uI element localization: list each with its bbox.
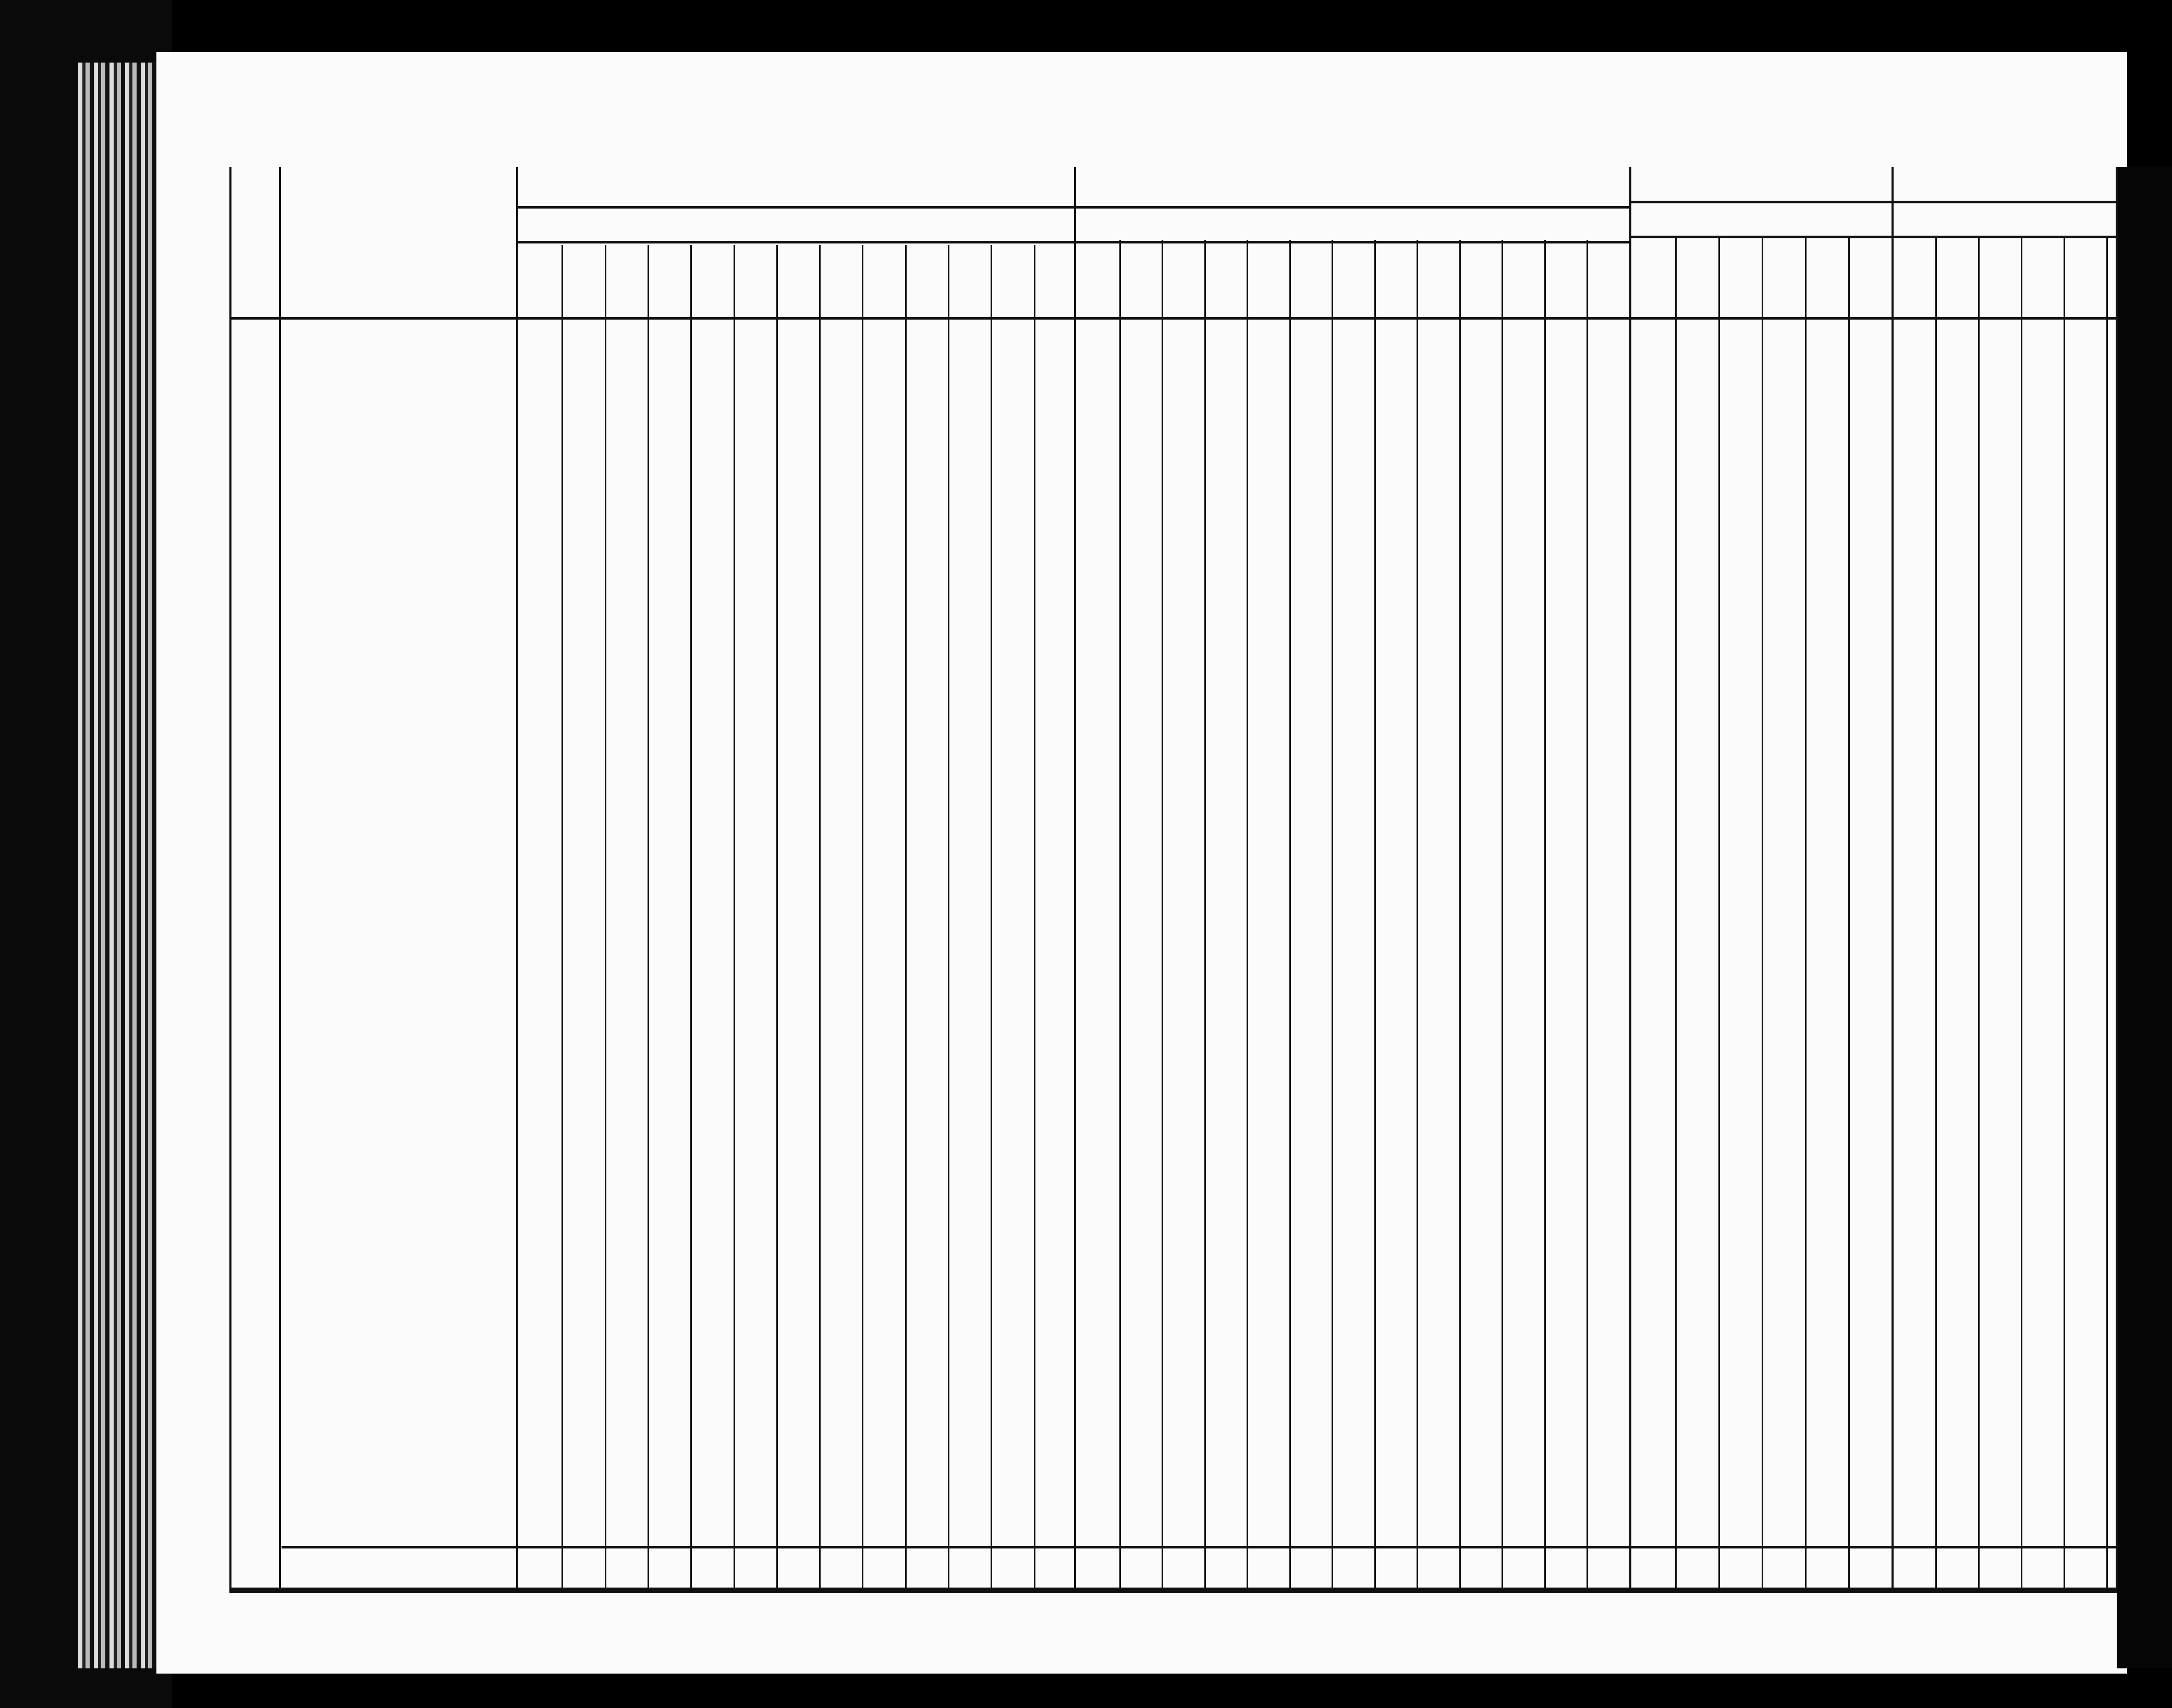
male-col-divider [948,245,949,1588]
township-name [237,365,279,782]
female-col-divider [1417,240,1418,1588]
colored-male-col-divider [1848,237,1850,1588]
totals-rule [282,1546,2117,1548]
female-col-divider [1289,240,1291,1588]
male-col-divider [776,245,778,1588]
colored-female-col-divider [1935,237,1937,1588]
female-col-divider [1247,240,1248,1588]
male-col-divider [862,245,863,1588]
male-col-divider [1034,245,1035,1588]
female-col-divider [1204,240,1206,1588]
colored-male-col-divider [1718,237,1720,1588]
table-bottom-rule [229,1588,2117,1593]
male-col-divider [605,245,606,1588]
location-column-header [234,175,278,331]
column-divider [229,167,231,1588]
male-col-divider [991,245,992,1588]
right-binding-shadow [2117,167,2172,1668]
male-col-divider [905,245,907,1588]
header-rule [516,206,1629,209]
header-rule [516,241,1629,243]
male-col-divider [734,245,735,1588]
header-bottom-rule [229,317,2117,320]
male-col-divider [562,245,563,1588]
column-divider [516,167,518,1588]
colored-male-col-divider [1805,237,1807,1588]
header-rule [1629,201,2117,203]
colored-female-col-divider [2064,237,2065,1588]
female-col-divider [1119,240,1121,1588]
female-col-divider [1502,240,1503,1588]
male-col-divider [648,245,649,1588]
colored-female-col-divider [2021,237,2022,1588]
header-rule [1629,236,2117,238]
female-col-divider [1587,240,1588,1588]
colored-male-col-divider [1762,237,1763,1588]
colored-female-col-divider [1978,237,1980,1588]
column-divider [279,167,281,1588]
column-divider [2116,167,2118,1588]
colored-female-col-divider [2106,237,2108,1588]
column-divider [1629,167,1631,1588]
colored-male-col-divider [1675,237,1677,1588]
census-page [156,52,2127,1674]
column-divider [1074,167,1076,1588]
female-col-divider [1544,240,1546,1588]
female-col-divider [1332,240,1333,1588]
male-col-divider [819,245,821,1588]
column-divider [1892,167,1894,1588]
female-col-divider [1459,240,1461,1588]
male-col-divider [690,245,692,1588]
female-col-divider [1374,240,1376,1588]
female-col-divider [1162,240,1163,1588]
